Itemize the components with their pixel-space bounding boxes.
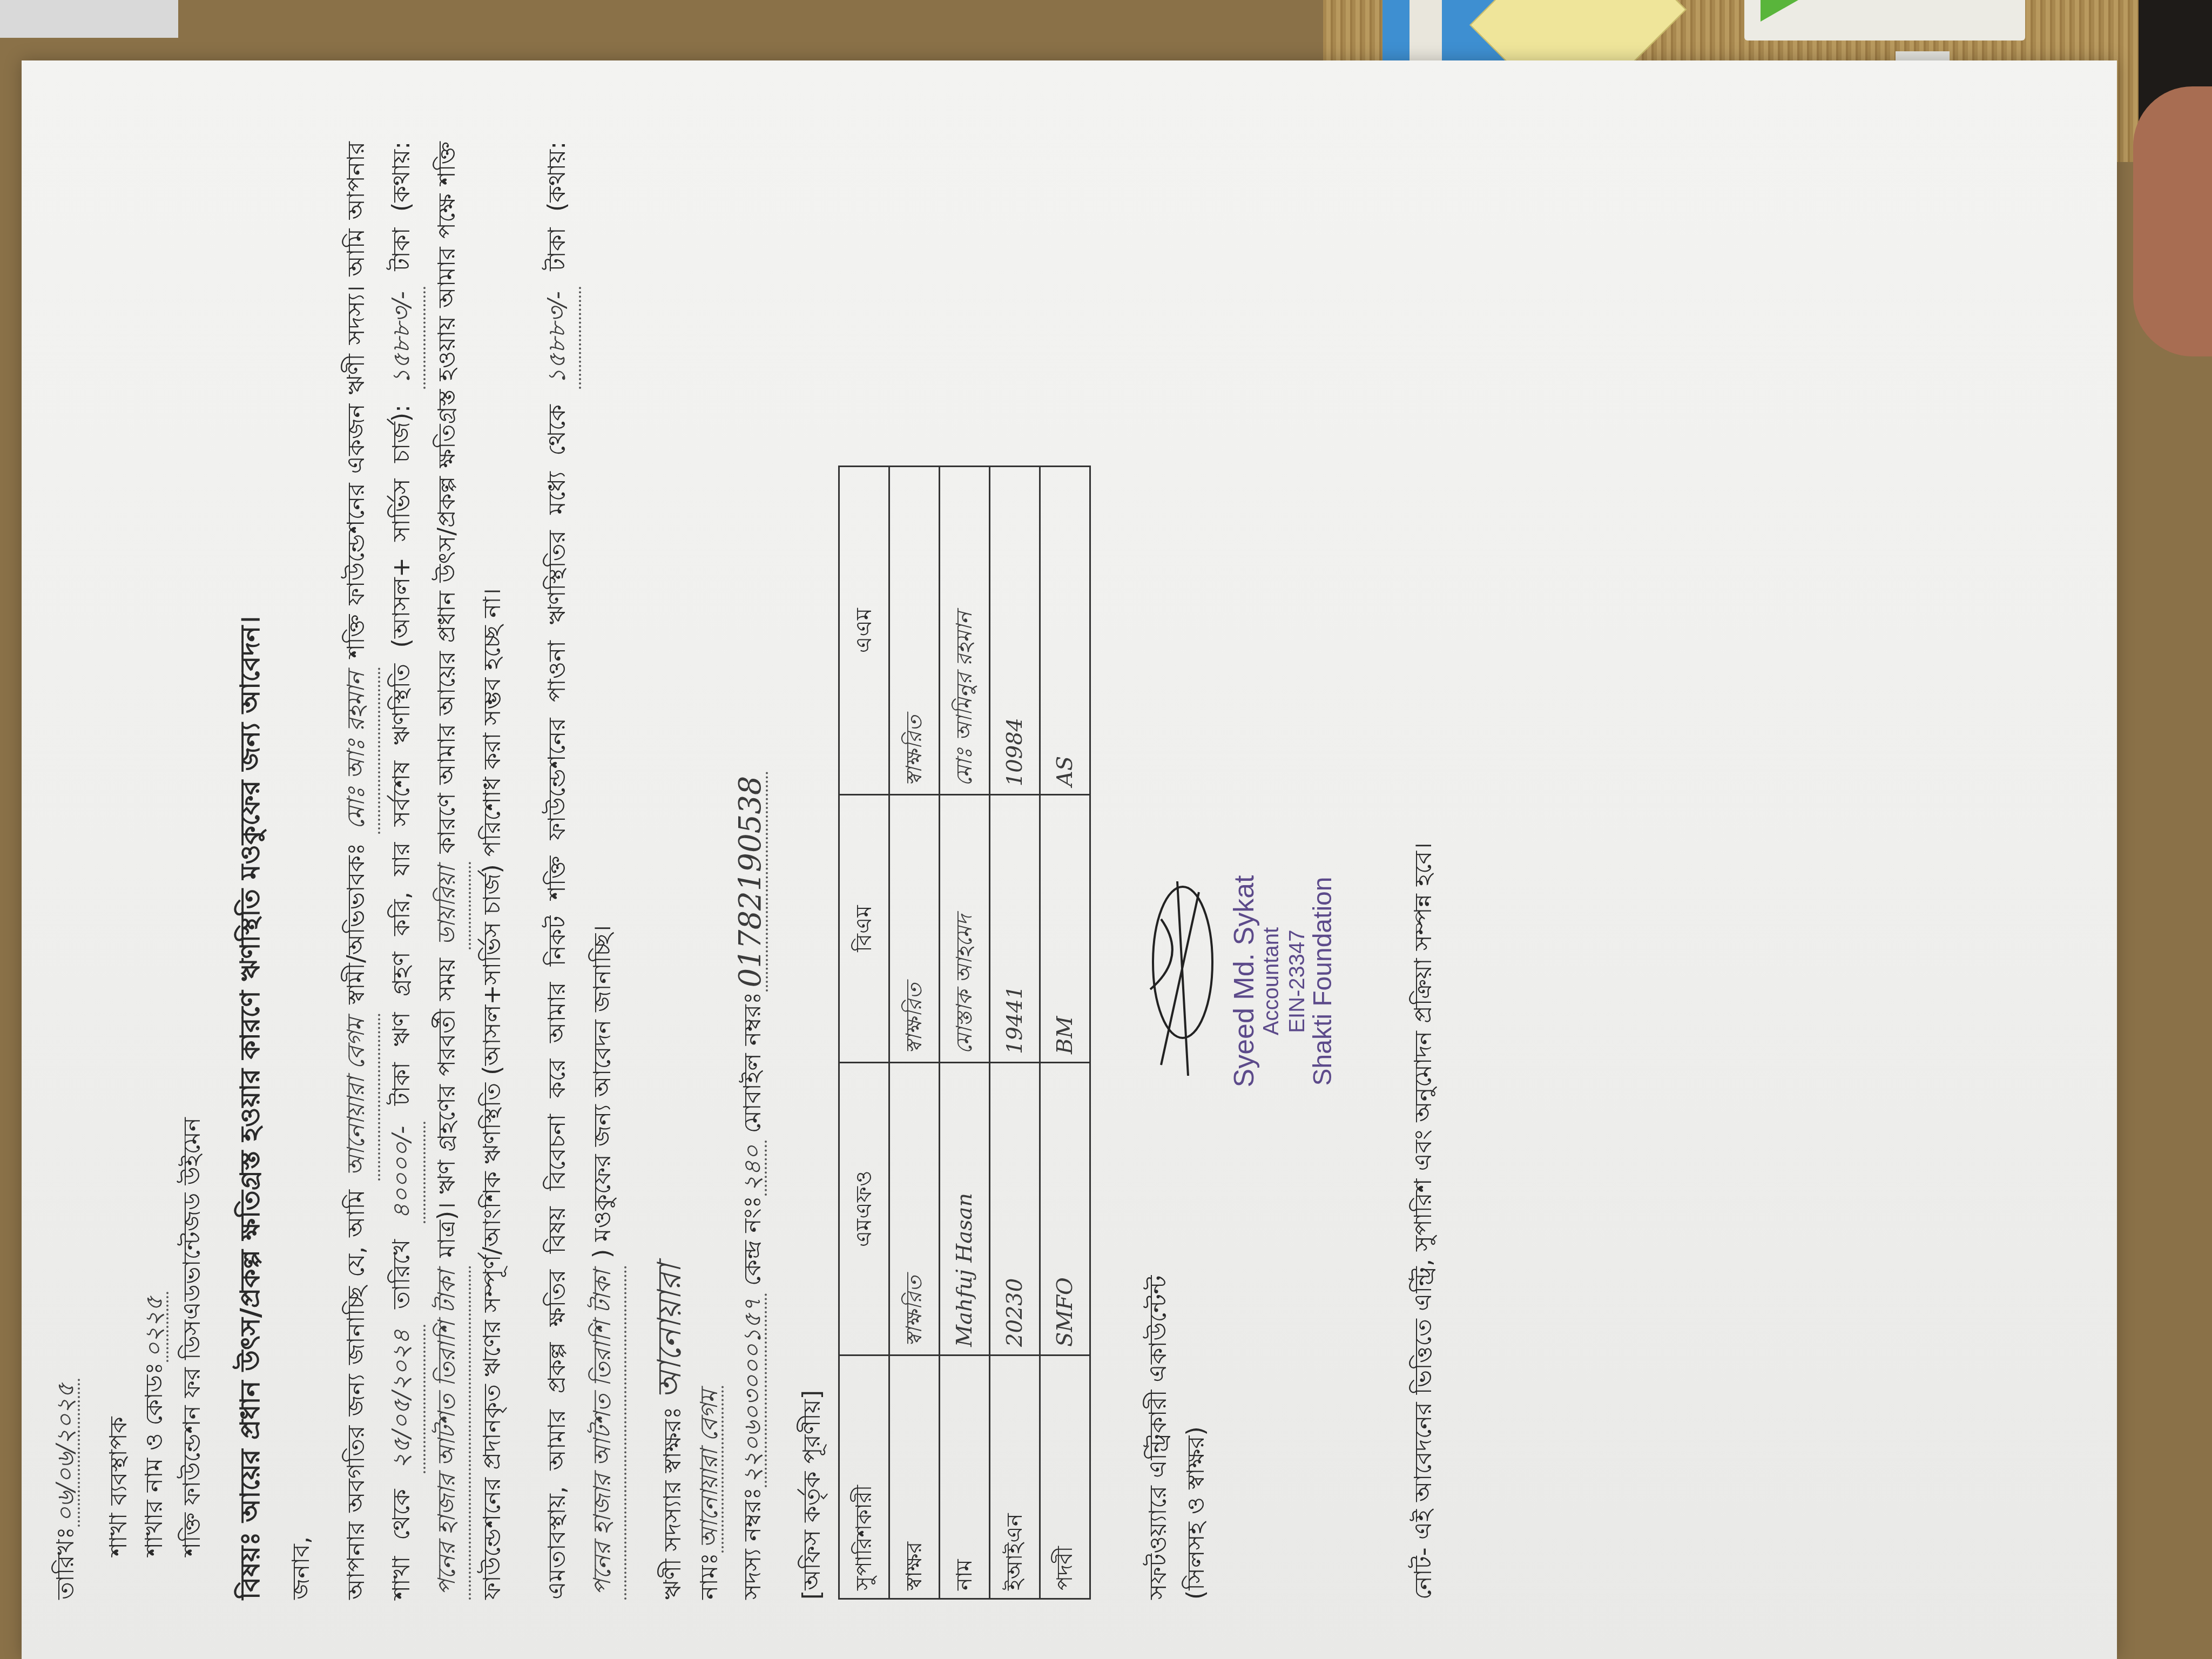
subject-heading: বিষয়ঃ আয়ের প্রধান উৎস/প্রকল্প ক্ষতিগ্র… — [237, 141, 264, 1600]
member-signature: আনোয়ারা — [651, 1264, 689, 1399]
accountant-seal-label: (সিলসহ ও স্বাক্ষর) — [1177, 1114, 1215, 1600]
applicant-name: আনোয়ারা বেগম — [335, 1014, 380, 1181]
para2-text-2: টাকা (কথায়: — [543, 141, 571, 271]
member-number-label: সদস্য নম্বরঃ — [739, 1487, 766, 1600]
balance-amount: ১৫৮৮৩/- — [380, 287, 426, 389]
application-form-sheet: তারিখঃ০৬/০৬/২০২৫ শাখা ব্যবস্থাপক শাখার ন… — [22, 60, 2117, 1659]
para2-text-3: ) মওকুফের জন্য আবেদন জানাচ্ছি। — [589, 925, 616, 1258]
member-name-label: নামঃ — [696, 1553, 723, 1600]
office-section: [অফিস কর্তৃক পূরণীয়] সুপারিশকারীএমএফওবি… — [800, 141, 1091, 1600]
balance-words: পনের হাজার আটশত তিরাশি টাকা — [426, 1266, 471, 1600]
accountant-block: সফটওয়্যারে এন্ট্রিকারী একাউন্টেন্ট (সিল… — [1139, 141, 1336, 1600]
recommendation-table: সুপারিশকারীএমএফওবিএমএএমস্বাক্ষরস্বাক্ষরি… — [838, 466, 1091, 1600]
stamp-organization: Shakti Foundation — [1310, 871, 1336, 1092]
cell-name: Mahfuj Hasan — [940, 1062, 990, 1355]
cell-designation: BM — [1040, 795, 1090, 1063]
row-label: স্বাক্ষর — [889, 1355, 940, 1599]
table-row: স্বাক্ষরস্বাক্ষরিতস্বাক্ষরিতস্বাক্ষরিত — [889, 467, 940, 1599]
para1-text-6: টাকা (কথায়: — [388, 141, 415, 271]
member-name: আনোয়ারা বেগম — [698, 1386, 724, 1553]
loan-amount: ৪০০০০/- — [380, 1122, 426, 1224]
row-label: নাম — [940, 1355, 990, 1599]
member-number: ২২০৬০৩০০০১৫৭ — [741, 1293, 767, 1487]
date-label: তারিখঃ — [52, 1527, 79, 1600]
green-card-corner — [1761, 0, 1798, 22]
cell-designation: SMFO — [1040, 1062, 1090, 1355]
waiver-amount: ১৫৮৮৩/- — [536, 287, 581, 389]
guardian-name: মোঃ আঃ রহমান — [335, 667, 380, 834]
cell-ein: 20230 — [990, 1062, 1040, 1355]
background-paper — [0, 0, 178, 38]
para1-text-2: স্বামী/অভিভাবকঃ — [342, 843, 370, 1004]
recipient-title: শাখা ব্যবস্থাপক — [107, 141, 131, 1556]
stamp-title: Accountant — [1258, 871, 1284, 1092]
para1-text-7: মাত্র)। ঋণ গ্রহণের পরবর্তী সময় — [433, 958, 461, 1258]
cell-ein: 19441 — [990, 795, 1040, 1063]
finger — [2133, 86, 2212, 356]
cell-signature: স্বাক্ষরিত — [889, 1062, 940, 1355]
salutation: জনাব, — [289, 141, 313, 1600]
stamp-ein: EIN-23347 — [1284, 871, 1310, 1092]
stamp-name: Syeed Md. Sykat — [1230, 871, 1258, 1092]
branch-label: শাখার নাম ও কোডঃ — [140, 1362, 168, 1556]
para1-text-5: টাকা ঋণ গ্রহণ করি, যার সর্বশেষ ঋণস্থিতি … — [388, 404, 415, 1105]
member-signature-line: ঋণী সদস্যার স্বাক্ষরঃ আনোয়ারা — [653, 141, 686, 1600]
row-label: ইআইএন — [990, 1355, 1040, 1599]
date-value: ০৬/০৬/২০২৫ — [54, 1379, 80, 1527]
center-number: ২৪০ — [741, 1141, 767, 1196]
loan-date: ২৫/০৫/২০২৪ — [380, 1325, 426, 1473]
accountant-signature — [1139, 871, 1226, 1097]
accountant-label-block: সফটওয়্যারে এন্ট্রিকারী একাউন্টেন্ট (সিল… — [1139, 1114, 1215, 1600]
table-row: নামMahfuj Hasanমোস্তাক আহমেদমোঃ আমিনুর র… — [940, 467, 990, 1599]
member-name-line: নামঃআনোয়ারা বেগম — [698, 141, 724, 1600]
table-row: পদবীSMFOBMAS — [1040, 467, 1090, 1599]
mobile-label: মোবাইল নম্বরঃ — [739, 992, 766, 1134]
cell-signature: স্বাক্ষরিত — [889, 795, 940, 1063]
organization-line: শক্তি ফাউন্ডেশন ফর ডিসএডভান্টেজড উইমেন — [180, 141, 204, 1556]
row-label: সুপারিশকারী — [839, 1355, 889, 1599]
accountant-label: সফটওয়্যারে এন্ট্রিকারী একাউন্টেন্ট — [1139, 1114, 1177, 1600]
cell-name: মোস্তাক আহমেদ — [940, 795, 990, 1063]
accountant-signature-stamp: Syeed Md. Sykat Accountant EIN-23347 Sha… — [1139, 871, 1336, 1114]
recipient-block: শাখা ব্যবস্থাপক শাখার নাম ও কোডঃ০২২৫ শক্… — [107, 141, 204, 1600]
member-number-line: সদস্য নম্বরঃ২২০৬০৩০০০১৫৭ কেন্দ্র নংঃ২৪০ … — [736, 141, 768, 1600]
office-section-heading: [অফিস কর্তৃক পূরণীয়] — [800, 141, 824, 1600]
column-header: এএম — [839, 467, 889, 795]
para2-text-1: এমতাবস্থায়, আমার প্রকল্প ক্ষতির বিষয় ব… — [543, 404, 571, 1600]
center-label: কেন্দ্র নংঃ — [739, 1196, 766, 1286]
member-signature-label: ঋণী সদস্যার স্বাক্ষরঃ — [659, 1407, 686, 1600]
member-info: ঋণী সদস্যার স্বাক্ষরঃ আনোয়ারা নামঃআনোয়… — [653, 141, 768, 1600]
damage-reason: ডায়রিয়া — [426, 862, 471, 950]
para1-text-1: আপনার অবগতির জন্য জানাচ্ছি যে, আমি — [342, 1190, 370, 1600]
cell-signature: স্বাক্ষরিত — [889, 467, 940, 795]
column-header: বিএম — [839, 795, 889, 1063]
branch-line: শাখার নাম ও কোডঃ০২২৫ — [143, 141, 168, 1556]
branch-code: ০২২৫ — [143, 1292, 168, 1362]
table-row: ইআইএন202301944110984 — [990, 467, 1040, 1599]
cell-ein: 10984 — [990, 467, 1040, 795]
table-row: সুপারিশকারীএমএফওবিএমএএম — [839, 467, 889, 1599]
mobile-number: 01782190538 — [736, 772, 768, 992]
cell-designation: AS — [1040, 467, 1090, 795]
para1-text-4: তারিখে — [388, 1239, 415, 1309]
paragraph-2: এমতাবস্থায়, আমার প্রকল্প ক্ষতির বিষয় ব… — [536, 141, 626, 1600]
footer-note: নোট- এই আবেদনের ভিত্তিতে এন্ট্রি, সুপারি… — [1412, 141, 1435, 1600]
form-content: তারিখঃ০৬/০৬/২০২৫ শাখা ব্যবস্থাপক শাখার ন… — [54, 141, 1435, 1600]
date-line: তারিখঃ০৬/০৬/২০২৫ — [54, 141, 80, 1600]
accountant-stamp: Syeed Md. Sykat Accountant EIN-23347 Sha… — [1230, 871, 1336, 1092]
paragraph-1: আপনার অবগতির জন্য জানাচ্ছি যে, আমি আনোয়… — [335, 141, 514, 1600]
cell-name: মোঃ আমিনুর রহমান — [940, 467, 990, 795]
waiver-words: পনের হাজার আটশত তিরাশি টাকা — [581, 1266, 626, 1600]
column-header: এমএফও — [839, 1062, 889, 1355]
row-label: পদবী — [1040, 1355, 1090, 1599]
